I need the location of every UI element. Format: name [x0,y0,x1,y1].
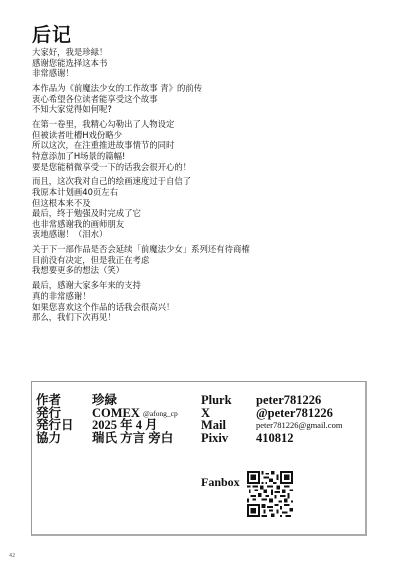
credit-value: peter781226@gmail.com [256,419,342,432]
afterword-body: 大家好，我是珍緑！ 感谢您能选择这本书 非常感谢！ 本作品为《前魔法少女的工作故… [32,47,250,327]
credit-value: 410812 [256,432,294,445]
fanbox-label: Fanbox [201,475,240,490]
text-line: 大家好，我是珍緑！ [32,47,250,58]
credit-key: Pixiv [201,432,256,445]
text-line: 特意添加了H场景的篇幅! [32,151,250,162]
page-title: 后记 [32,20,72,47]
text-line: 关于下一部作品是否会延续「前魔法少女」系列还有待商榷 [32,244,250,255]
page-number: 42 [9,553,15,559]
paragraph-next-work: 关于下一部作品是否会延续「前魔法少女」系列还有待商榷 目前没有决定，但是我正在考… [32,244,250,276]
text-line: 真的非常感谢！ [32,291,250,302]
credit-row-pixiv: Pixiv 410812 [201,432,342,445]
credit-key: 作者 [36,394,92,407]
credit-key: 発行日 [36,419,92,432]
text-line: 我想要更多的想法（笑） [32,265,250,276]
credit-row-mail: Mail peter781226@gmail.com [201,419,342,432]
text-line: 我原本计划画40页左右 [32,187,250,198]
credit-value: peter781226 [256,394,321,407]
text-line: 最后，终于勉强及时完成了它 [32,208,250,219]
credit-row-author: 作者 珍緑 [36,394,178,407]
text-line: 感谢您能选择这本书 [32,58,250,69]
text-line: 衷心希望各位读者能享受这个故事 [32,94,250,105]
credit-row-cooperation: 協力 瑞氏 方言 旁白 [36,432,178,445]
credit-value: 2025 年 4 月 [92,419,158,432]
text-line: 非常感谢！ [32,68,250,79]
paragraph-drawing-speed: 而且，这次我对自己的绘画速度过于自信了 我原本计划画40页左右 但这根本来不及 … [32,176,250,240]
text-line: 但这根本来不及 [32,198,250,209]
paragraph-greeting: 大家好，我是珍緑！ 感谢您能选择这本书 非常感谢！ [32,47,250,79]
text-line: 本作品为《前魔法少女的工作故事 青》的前传 [32,83,250,94]
text-line: 要是您能稍微享受一下的话我会很开心的！ [32,162,250,173]
qr-code-icon [247,471,293,517]
text-line: 不知大家觉得如何呢? [32,104,250,115]
paragraph-closing: 最后，感谢大家多年来的支持 真的非常感谢！ 如果您喜欢这个作品的话我会很高兴！ … [32,280,250,322]
paragraph-prequel: 本作品为《前魔法少女的工作故事 青》的前传 衷心希望各位读者能享受这个故事 不知… [32,83,250,115]
credit-row-plurk: Plurk peter781226 [201,394,342,407]
credits-right-column: Plurk peter781226 X @peter781226 Mail pe… [201,394,342,444]
text-line: 衷地感谢！（泪水） [32,229,250,240]
paragraph-volume-one: 在第一卷里，我精心勾勒出了人物设定 但被读者吐槽H戏份略少 所以这次，在注重推进… [32,119,250,172]
text-line: 所以这次，在注重推进故事情节的同时 [32,140,250,151]
text-line: 而且，这次我对自己的绘画速度过于自信了 [32,176,250,187]
text-line: 但被读者吐槽H戏份略少 [32,130,250,141]
text-line: 目前没有决定，但是我正在考虑 [32,255,250,266]
credit-row-date: 発行日 2025 年 4 月 [36,419,178,432]
credit-key: 協力 [36,432,92,445]
text-line: 最后，感谢大家多年来的支持 [32,280,250,291]
credit-value: @peter781226 [256,407,333,420]
text-line: 在第一卷里，我精心勾勒出了人物设定 [32,119,250,130]
credit-key: Plurk [201,394,256,407]
credit-key: Mail [201,419,256,432]
credit-value: 瑞氏 方言 旁白 [92,432,173,445]
text-line: 那么，我们下次再见！ [32,312,250,323]
credit-value: 珍緑 [92,394,117,407]
text-line: 如果您喜欢这个作品的话我会很高兴！ [32,302,250,313]
credits-left-column: 作者 珍緑 発行 COMEX @afong_cp 発行日 2025 年 4 月 … [36,394,178,444]
text-line: 也非常感谢我的画师朋友 [32,219,250,230]
